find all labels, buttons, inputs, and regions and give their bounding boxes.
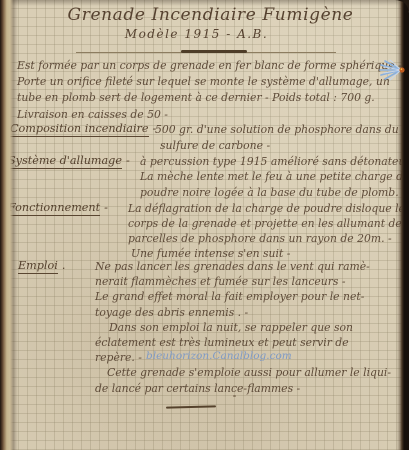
section-body-systeme-allumage: à percussion type 1915 amélioré sans dét… — [140, 154, 409, 200]
ink-smudge — [233, 395, 236, 397]
section-heading-emploi: Emploi. — [18, 259, 65, 272]
text-line: à percussion type 1915 amélioré sans dét… — [140, 154, 409, 169]
text-line: La déflagration de la charge de poudre d… — [128, 201, 407, 216]
text-line: Porte un orifice fileté sur lequel se mo… — [17, 74, 402, 90]
text-line: parcelles de phosphore dans un rayon de … — [128, 231, 407, 246]
text-line: éclatement est très lumineux et peut ser… — [95, 335, 391, 350]
text-line: La mèche lente met le feu à une petite c… — [140, 169, 409, 184]
section-body-emploi: Ne pas lancer les grenades dans le vent … — [95, 259, 391, 396]
text-line: Est formée par un corps de grenade en fe… — [17, 58, 402, 74]
text-line: Cette grenade s'emploie aussi pour allum… — [107, 365, 391, 380]
page-subtitle: Modèle 1915 - A.B. — [0, 27, 401, 41]
text-line: tube en plomb sert de logement à ce dern… — [17, 90, 402, 106]
text-line: sulfure de carbone - — [160, 138, 399, 154]
section-heading-systeme-allumage: Système d'allumage- — [8, 154, 130, 167]
text-line: toyage des abris ennemis . - — [95, 305, 391, 320]
text-line: poudre noire logée à la base du tube de … — [140, 185, 409, 200]
section-heading-label: Système d'allumage — [8, 154, 122, 169]
page-title: Grenade Incendiaire Fumigène — [6, 5, 409, 25]
heading-separator: . — [62, 259, 66, 272]
heading-separator: - — [104, 201, 108, 214]
text-line: Livraison en caisses de 50 - — [17, 107, 402, 123]
text-line: Ne pas lancer les grenades dans le vent … — [95, 259, 391, 274]
section-heading-fonctionnement: Fonctionnement- — [8, 201, 108, 214]
text-line: 500 gr. d'une solution de phosphore dans… — [155, 122, 399, 138]
title-underline-accent — [181, 50, 247, 53]
section-body-composition: 500 gr. d'une solution de phosphore dans… — [155, 122, 399, 153]
section-heading-label: Emploi — [18, 259, 58, 274]
section-heading-label: Composition incendiaire — [10, 122, 149, 137]
page-top-shadow — [0, 0, 409, 6]
text-line: de lancé par certains lance-flammes - — [95, 381, 391, 396]
intro-paragraph: Est formée par un corps de grenade en fe… — [17, 58, 402, 123]
section-heading-composition: Composition incendiaire- — [10, 122, 156, 135]
text-line: Dans son emploi la nuit, se rappeler que… — [109, 320, 391, 335]
watermark-url: bleuhorizon.Canalblog.com — [146, 350, 292, 362]
starburst-icon — [378, 57, 406, 85]
notebook-photo: Grenade Incendiaire Fumigène Modèle 1915… — [0, 0, 409, 450]
section-body-fonctionnement: La déflagration de la charge de poudre d… — [128, 201, 407, 261]
text-line: Le grand effet moral la fait employer po… — [95, 289, 391, 304]
section-heading-label: Fonctionnement — [8, 201, 100, 216]
text-line: corps de la grenade et projette en les a… — [128, 216, 407, 231]
heading-separator: - — [126, 154, 130, 167]
binding-edge-left — [0, 0, 18, 450]
text-line: nerait flammèches et fumée sur les lance… — [95, 274, 391, 289]
